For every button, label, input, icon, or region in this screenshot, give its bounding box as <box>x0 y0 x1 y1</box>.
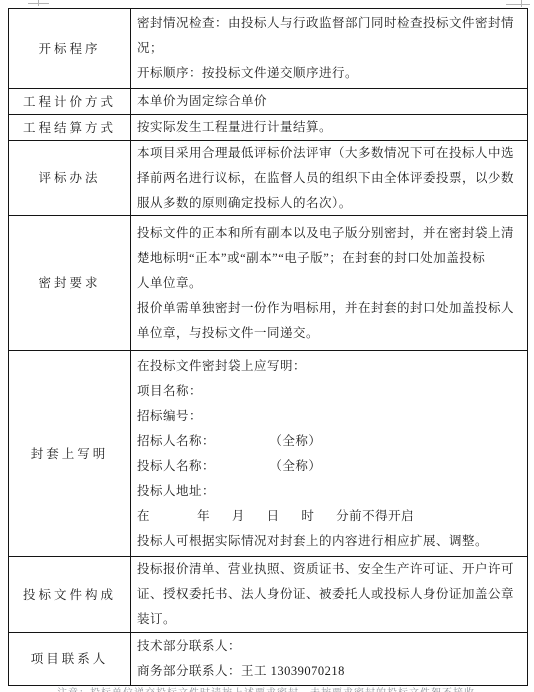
row-label-settlement-method: 工程结算方式 <box>9 115 131 140</box>
row-label-pricing-method: 工程计价方式 <box>9 89 131 114</box>
row-label-bid-document-composition: 投标文件构成 <box>9 557 131 632</box>
row-content-evaluation-method: 本项目采用合理最低评标价法评审（大多数情况下可在投标人中选 择前两名进行议标，在… <box>137 141 521 215</box>
row-content-sealing-requirements: 投标文件的正本和所有副本以及电子版分别密封，并在密封袋上清 楚地标明“正本”或“… <box>137 221 521 346</box>
table-row: 开标程序 密封情况检查：由投标人与行政监督部门同时检查投标文件密封情 况； 开标… <box>9 9 527 88</box>
table-row: 工程结算方式 按实际发生工程量进行计量结算。 <box>9 114 527 140</box>
table-row: 评标办法 本项目采用合理最低评标价法评审（大多数情况下可在投标人中选 择前两名进… <box>9 140 527 215</box>
table-row: 项目联系人 技术部分联系人： 商务部分联系人：王工 13039070218 <box>9 632 527 685</box>
row-content-settlement-method: 按实际发生工程量进行计量结算。 <box>137 115 521 140</box>
table-row: 封套上写明 在投标文件密封袋上应写明： 项目名称： 招标编号： 招标人名称： （… <box>9 350 527 556</box>
row-content-project-contacts: 技术部分联系人： 商务部分联系人：王工 13039070218 <box>137 634 521 684</box>
corner-artifact-top-right <box>506 4 530 5</box>
row-label-project-contacts: 项目联系人 <box>9 633 131 685</box>
table-row: 投标文件构成 投标报价清单、营业执照、资质证书、安全生产许可证、开户许可 证、授… <box>9 556 527 632</box>
table-row: 密封要求 投标文件的正本和所有副本以及电子版分别密封，并在密封袋上清 楚地标明“… <box>9 215 527 350</box>
bid-info-table: 开标程序 密封情况检查：由投标人与行政监督部门同时检查投标文件密封情 况； 开标… <box>8 8 528 686</box>
row-label-sealing-requirements: 密封要求 <box>9 216 131 350</box>
corner-artifact-top-left-tick <box>38 0 39 6</box>
row-label-evaluation-method: 评标办法 <box>9 141 131 215</box>
row-content-bid-document-composition: 投标报价清单、营业执照、资质证书、安全生产许可证、开户许可 证、授权委托书、法人… <box>137 557 521 632</box>
row-label-envelope-writing: 封套上写明 <box>9 351 131 556</box>
row-content-opening-procedure: 密封情况检查：由投标人与行政监督部门同时检查投标文件密封情 况； 开标顺序：按投… <box>137 11 521 86</box>
row-content-envelope-writing: 在投标文件密封袋上应写明： 项目名称： 招标编号： 招标人名称： （全称） 投标… <box>137 354 521 554</box>
table-row: 工程计价方式 本单价为固定综合单价 <box>9 88 527 114</box>
row-label-opening-procedure: 开标程序 <box>9 9 131 88</box>
row-content-pricing-method: 本单价为固定综合单价 <box>137 89 521 114</box>
document-page: 开标程序 密封情况检查：由投标人与行政监督部门同时检查投标文件密封情 况； 开标… <box>0 0 534 692</box>
footer-note-clipped: 注意：投标单位递交投标文件时请按上述要求密封，未按要求密封的投标文件恕不接收。 <box>57 684 527 692</box>
